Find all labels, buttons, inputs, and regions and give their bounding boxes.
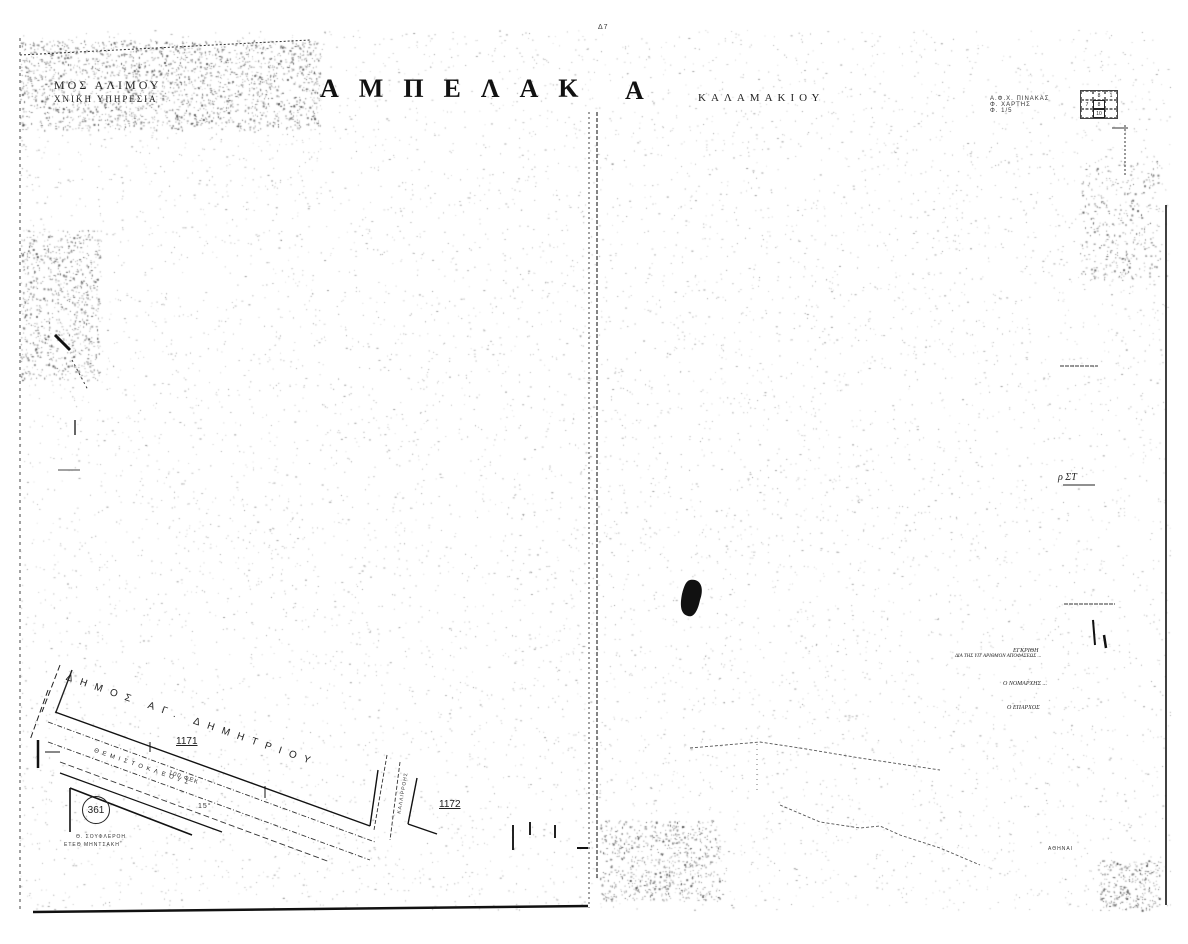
index-line-3: Φ. 1/5 (990, 108, 1050, 114)
index-cell (1081, 109, 1093, 118)
block-number-1171: 1171 (176, 736, 198, 747)
approval-note-3: Ο ΝΟΜΑΡΧΗΣ ... (955, 681, 1095, 687)
map-subtitle: ΚΑΛΑΜΑΚΙΟΥ (698, 92, 824, 104)
parcel-number-361: 361 (82, 796, 110, 824)
approval-note-2: ΔΙΑ ΤΗΣ ΥΠ' ΑΡΙΘΜΟΝ ΑΠΟΦΑΣΕΩΣ ... (955, 654, 1095, 659)
index-legend: Α.Φ.Χ. ΠΙΝΑΚΑΣ Φ. ΧΑΡΤΗΣ Φ. 1/5 (990, 96, 1050, 114)
organization-name: ΜΟΣ ΑΛΙΜΟΥ (54, 78, 161, 93)
right-side-mark: ρ ΣΤ (1058, 472, 1077, 483)
parcel-owner-1: Θ. ΣΟΥΦΛΕΡΟΗ (64, 834, 126, 840)
index-cell-current: 8 (1093, 100, 1105, 109)
index-cell: 7 (1081, 100, 1093, 109)
approval-note-4: Ο ΕΠΑΡΧΟΣ (955, 705, 1095, 711)
bottom-right-stamp: ΑΘΗΝΑΙ (1048, 846, 1073, 852)
map-title-part1: ΑΜΠΕΛΑΚ (320, 74, 599, 104)
index-cell: 8 (1093, 91, 1105, 100)
index-cell (1105, 109, 1117, 118)
index-cell (1081, 91, 1093, 100)
index-cell: 10 (1093, 109, 1105, 118)
index-cell: 1 (1105, 91, 1117, 100)
sheet-mark: Δ7 (598, 24, 609, 31)
index-cell (1105, 100, 1117, 109)
parcel-owner-2: ΕΤΕΘ ΜΗΝΤΣΑΚΗ (64, 842, 126, 848)
approval-notes: ΕΓΚΡΙΘΗ ΔΙΑ ΤΗΣ ΥΠ' ΑΡΙΘΜΟΝ ΑΠΟΦΑΣΕΩΣ ..… (955, 648, 1095, 711)
parcel-owners: Θ. ΣΟΥΦΛΕΡΟΗ ΕΤΕΘ ΜΗΝΤΣΑΚΗ (64, 834, 126, 848)
street-angle-note: 15° (198, 803, 212, 810)
sheet-index-grid: 8 1 7 8 10 (1080, 90, 1118, 119)
map-linework (0, 0, 1188, 944)
header-organization: ΜΟΣ ΑΛΙΜΟΥ ΧΝΙΚΗ ΥΠΗΡΕΣΙΑ (54, 78, 161, 104)
map-title-part2: Α (625, 76, 644, 106)
block-number-1172: 1172 (439, 799, 461, 810)
department-name: ΧΝΙΚΗ ΥΠΗΡΕΣΙΑ (54, 94, 161, 104)
